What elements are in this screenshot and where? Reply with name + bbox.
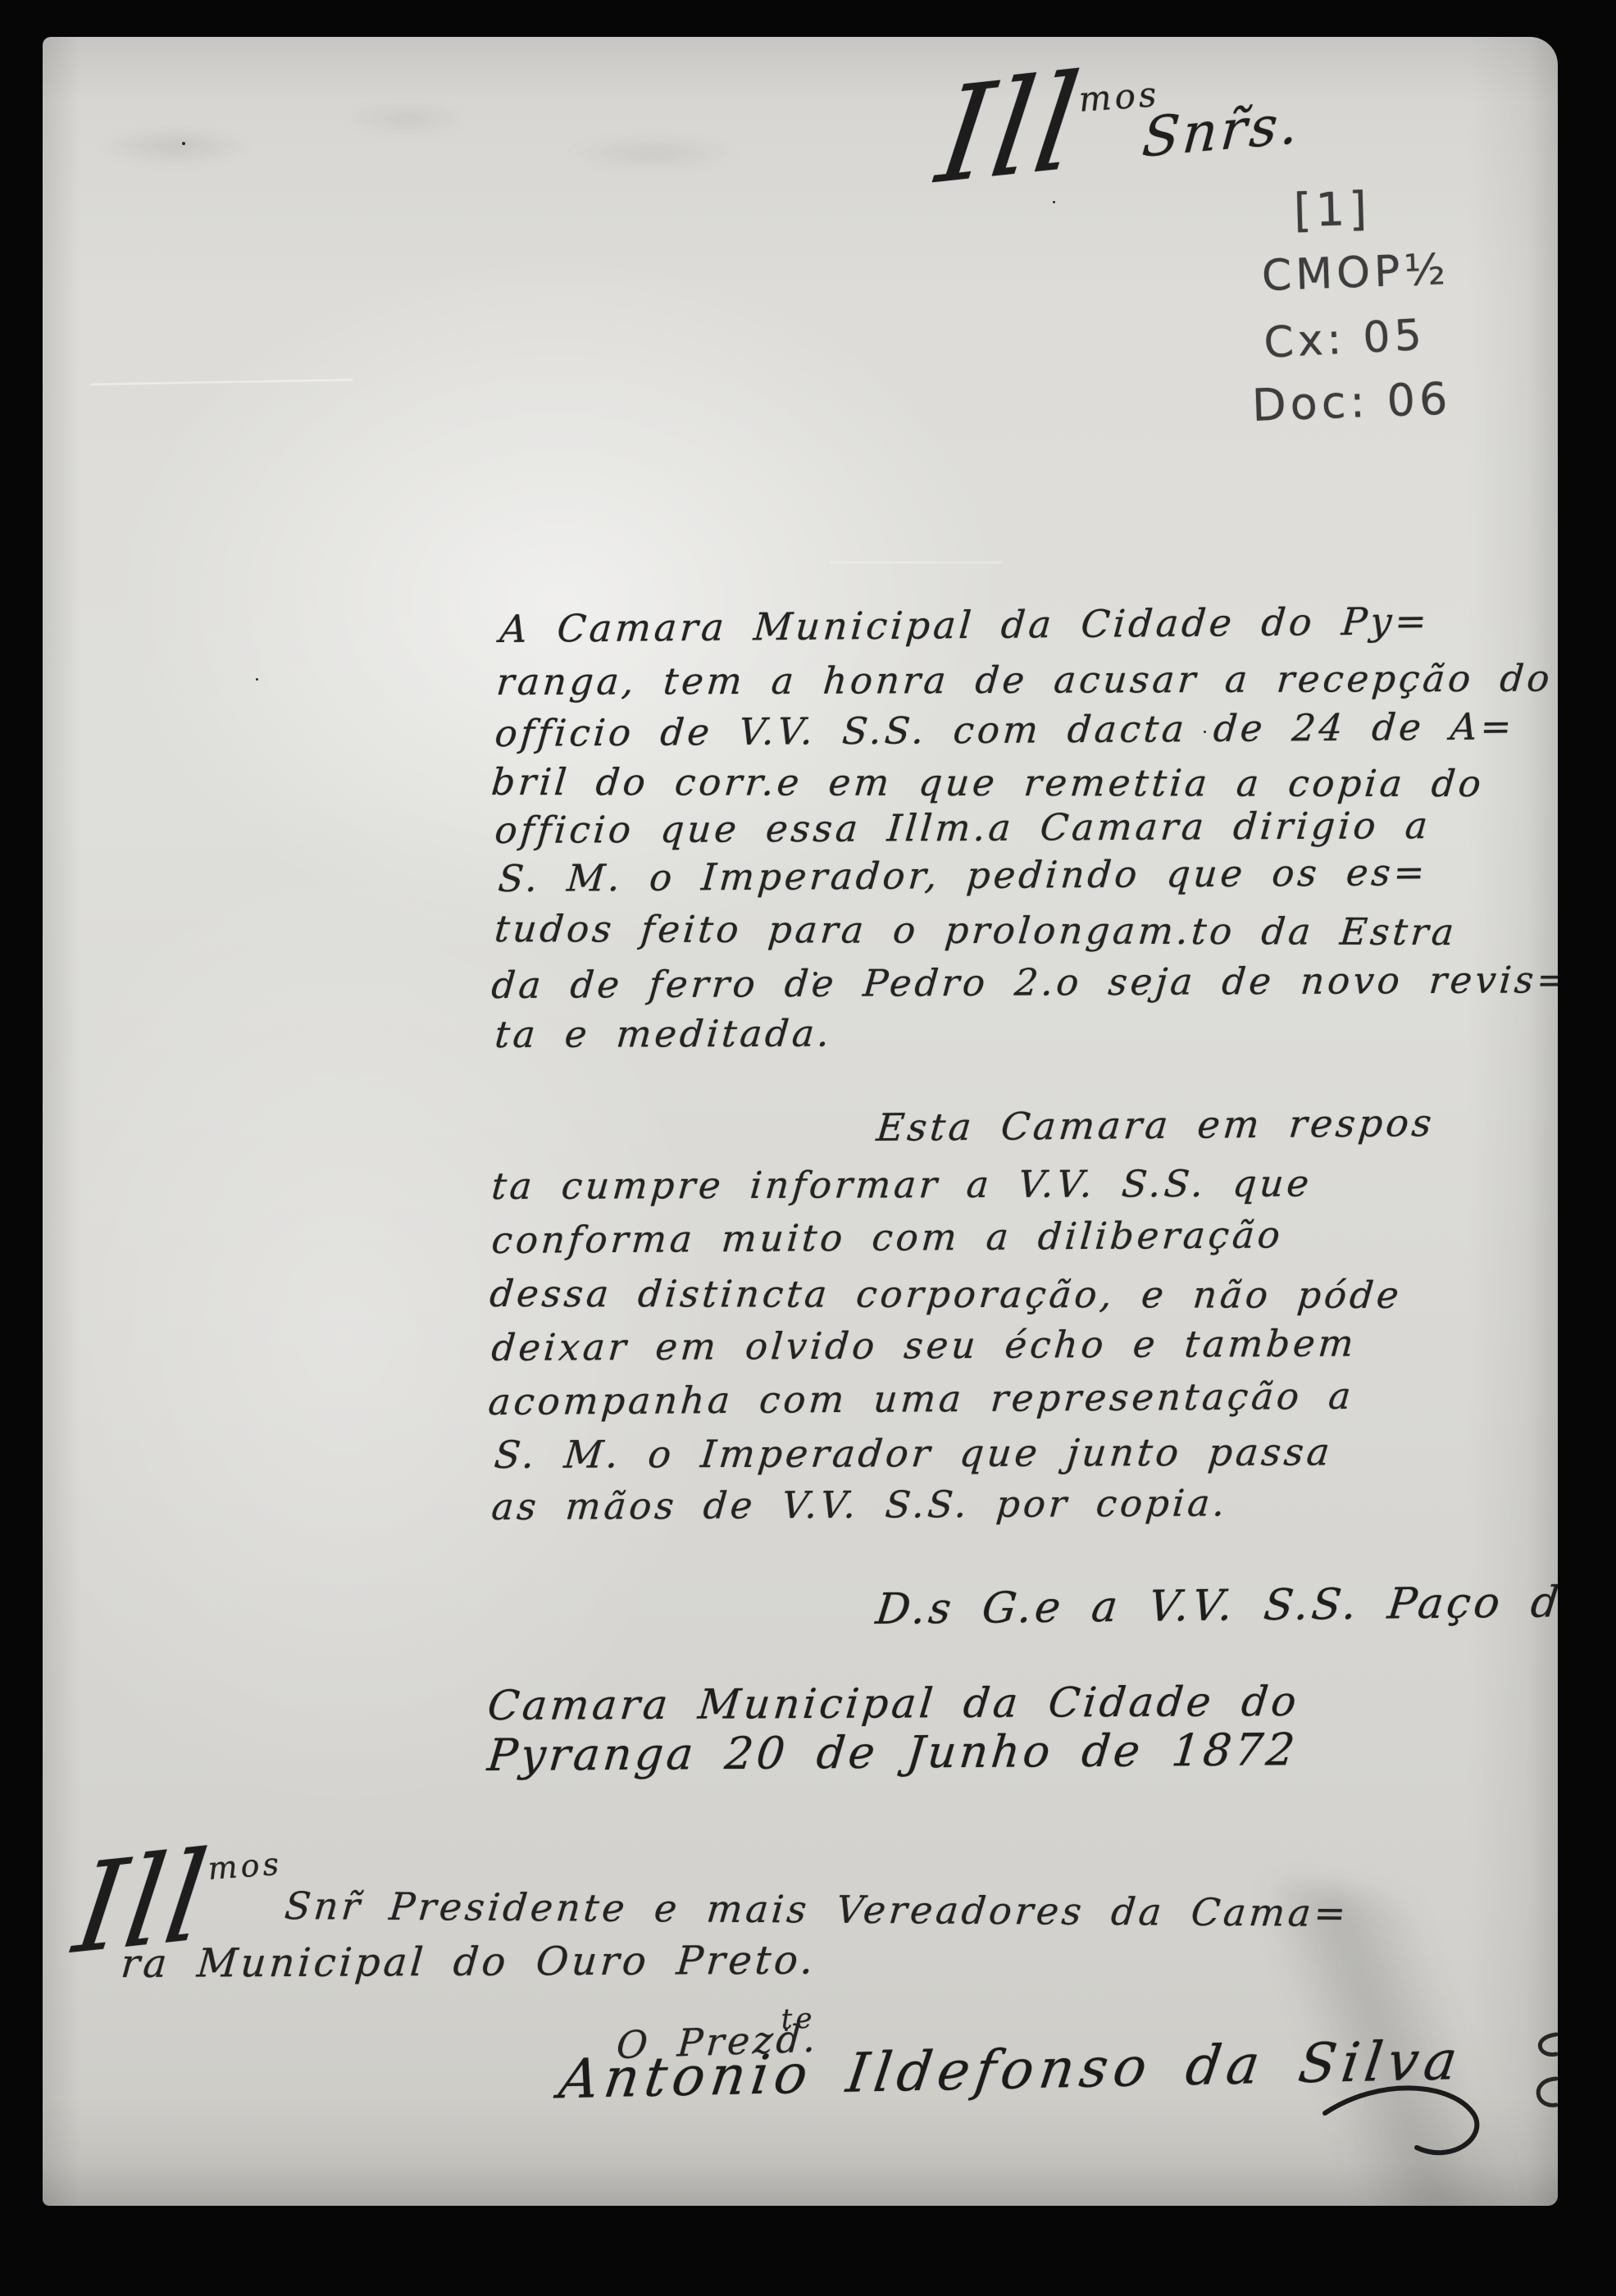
body-line: A Camara Municipal da Cidade do Py= bbox=[498, 599, 1432, 651]
paper-speck bbox=[182, 142, 185, 145]
salutation-flourish: Ill bbox=[930, 45, 1090, 214]
edge-ink-mark bbox=[1523, 2029, 1558, 2120]
bleedthrough-stain bbox=[67, 70, 838, 209]
body-line: Esta Camara em respos bbox=[875, 1100, 1437, 1150]
addressee-line: ra Municipal do Ouro Preto. bbox=[119, 1938, 817, 1987]
archive-mark-collection: CMOP½ bbox=[1261, 245, 1450, 301]
body-line: bril do corr.e em que remettia a copia d… bbox=[489, 760, 1486, 805]
scanner-background: Ill mos Snr̃s. [1] CMOP½ Cx: 05 Doc: 06 … bbox=[0, 0, 1616, 2296]
archive-mark-box: Cx: 05 bbox=[1263, 311, 1427, 368]
body-line: ranga, tem a honra de acusar a recepção … bbox=[495, 657, 1555, 704]
body-line: tudos feito para o prolongam.to da Estra bbox=[493, 907, 1459, 954]
body-line: S. M. o Imperador que junto passa bbox=[493, 1429, 1336, 1477]
closing-line: D.s G.e a V.V. S.S. Paço da bbox=[873, 1578, 1558, 1634]
body-line: deixar em olvido seu écho e tambem bbox=[490, 1321, 1359, 1369]
signer-title-superscript: te bbox=[781, 2002, 816, 2036]
archive-mark-document: Doc: 06 bbox=[1251, 373, 1452, 431]
body-line: conforma muito com a diliberação bbox=[490, 1213, 1285, 1262]
closing-line: Pyranga 20 de Junho de 1872 bbox=[485, 1724, 1300, 1781]
paper-speck bbox=[256, 678, 258, 681]
paper-scratch bbox=[90, 379, 353, 385]
addressee-line: Snr̃ Presidente e mais Vereadores da Cam… bbox=[283, 1884, 1351, 1935]
salutation-names: Snr̃s. bbox=[1140, 92, 1304, 170]
body-line: S. M. o Imperador, pedindo que os es= bbox=[497, 850, 1430, 900]
archive-mark-page-number: [1] bbox=[1293, 183, 1372, 238]
body-line: officio que essa Illm.a Camara dirigio a bbox=[494, 804, 1432, 852]
body-line: dessa distincta corporação, e não póde bbox=[488, 1272, 1404, 1317]
body-line: ta e meditada. bbox=[494, 1012, 835, 1056]
paper-speck bbox=[1053, 201, 1055, 203]
paper-scratch bbox=[830, 562, 1002, 563]
addressee-superscript: mos bbox=[207, 1846, 283, 1887]
body-line: ta cumpre informar a V.V. S.S. que bbox=[490, 1162, 1314, 1209]
body-line: as mãos de V.V. S.S. por copia. bbox=[490, 1481, 1230, 1528]
closing-line: Camara Municipal da Cidade do bbox=[485, 1678, 1301, 1729]
body-line: officio de V.V. S.S. com dacta de 24 de … bbox=[494, 704, 1517, 755]
signature-swash bbox=[1322, 2075, 1510, 2182]
body-line: da de ferro de Pedro 2.o seja de novo re… bbox=[490, 958, 1558, 1007]
document-page: Ill mos Snr̃s. [1] CMOP½ Cx: 05 Doc: 06 … bbox=[43, 37, 1558, 2206]
body-line: acompanha com uma representação a bbox=[487, 1374, 1356, 1424]
